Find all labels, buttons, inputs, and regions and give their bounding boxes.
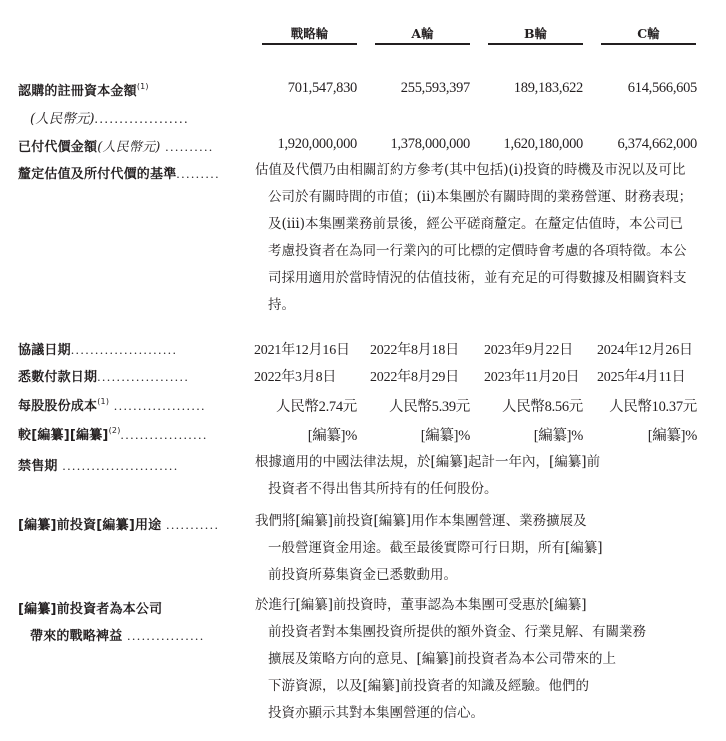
text-line: 持。 [255, 292, 700, 319]
text-line: 一般營運資金用途。截至最後實際可行日期，所有[編纂] [255, 535, 700, 562]
leader-dots: ........................ [62, 458, 178, 473]
row-label-discount: 較[編纂][編纂](2).................. [18, 424, 208, 443]
cell-registered-capital-c: 614,566,605 [587, 80, 697, 97]
text-line: 投資者不得出售其所持有的任何股份。 [255, 476, 700, 503]
label-text: 協議日期 [18, 343, 71, 358]
header-underline [262, 43, 357, 45]
cell-discount-b: [編纂]% [473, 424, 583, 445]
cell-cost-strategic: 人民幣2.74元 [247, 395, 357, 416]
row-label-lockup-period: 禁售期 ........................ [18, 455, 179, 474]
row-label-agreement-date: 協議日期...................... [18, 339, 178, 358]
label-text: 悉數付款日期 [18, 370, 97, 385]
text-line: 司採用適用於當時情況的估值技術，並有充足的可得數據及相關資料支 [255, 265, 700, 292]
leader-dots: ...................... [71, 342, 178, 357]
column-header-round-b: B輪 [488, 24, 583, 42]
leader-dots: ................... [95, 111, 190, 126]
text-line: 前投資所募集資金已悉數動用。 [255, 562, 700, 589]
cell-payment-date-a: 2022年8月29日 [370, 366, 459, 386]
row-sublabel-currency: (人民幣元)................... [30, 107, 189, 127]
cell-cost-b: 人民幣8.56元 [473, 395, 583, 416]
cell-discount-a: [編纂]% [360, 424, 470, 445]
label-text: 每股股份成本 [18, 399, 97, 414]
label-text: 釐定估值及所付代價的基準 [18, 167, 176, 182]
leader-dots: ................... [114, 398, 206, 413]
cell-payment-date-strategic: 2022年3月8日 [254, 366, 336, 386]
row-label-cost-per-share: 每股股份成本(1) ................... [18, 395, 206, 414]
cell-consideration-a: 1,378,000,000 [360, 136, 470, 153]
row-label-strategic-benefits: [編纂]前投資者為本公司 [18, 598, 162, 617]
row-label-consideration-paid: 已付代價金額(人民幣元) .......... [18, 136, 214, 155]
valuation-basis-text: 估值及代價乃由相關訂約方參考(其中包括)(i)投資的時機及市況以及可比 公司於有… [255, 157, 700, 319]
cell-payment-date-b: 2023年11月20日 [484, 366, 579, 386]
cell-registered-capital-b: 189,183,622 [473, 80, 583, 97]
text-line: 擴展及策略方向的意見、[編纂]前投資者為本公司帶來的上 [255, 646, 700, 673]
text-line: 根據適用的中國法律法規，於[編纂]起計一年內，[編纂]前 [255, 449, 700, 476]
lockup-text: 根據適用的中國法律法規，於[編纂]起計一年內，[編纂]前 投資者不得出售其所持有… [255, 449, 700, 503]
column-header-strategic-round: 戰略輪 [262, 24, 357, 42]
leader-dots: ................... [97, 369, 189, 384]
cell-agreement-date-b: 2023年9月22日 [484, 339, 573, 359]
cell-payment-date-c: 2025年4月11日 [597, 366, 685, 386]
cell-cost-c: 人民幣10.37元 [587, 395, 697, 416]
header-underline [375, 43, 470, 45]
label-text: 已付代價金額 [18, 140, 97, 155]
text-line: 下游資源，以及[編纂]前投資者的知識及經驗。他們的 [255, 673, 700, 700]
cell-consideration-strategic: 1,920,000,000 [247, 136, 357, 153]
leader-dots: ................ [127, 628, 205, 643]
currency-unit: (人民幣元) [30, 111, 95, 127]
label-text: [編纂]前投資[編纂]用途 [18, 518, 161, 533]
row-label-strategic-benefits-cont: 帶來的戰略裨益 ................ [30, 625, 205, 644]
cell-cost-a: 人民幣5.39元 [360, 395, 470, 416]
label-text: 帶來的戰略裨益 [30, 629, 122, 644]
row-label-use-of-proceeds: [編纂]前投資[編纂]用途 ........... [18, 514, 219, 533]
label-text: 禁售期 [18, 459, 58, 474]
label-text: 認購的註冊資本金額 [18, 84, 137, 99]
cell-discount-strategic: [編纂]% [247, 424, 357, 445]
currency-unit: (人民幣元) [97, 140, 160, 155]
footnote-marker: (1) [97, 397, 109, 406]
cell-consideration-c: 6,374,662,000 [587, 136, 697, 153]
row-label-valuation-basis: 釐定估值及所付代價的基準......... [18, 163, 220, 182]
text-line: 公司於有關時間的市值；(ii)本集團於有關時間的業務營運、財務表現； [255, 184, 700, 211]
text-line: 及(iii)本集團業務前景後，經公平磋商釐定。在釐定估值時，本公司已 [255, 211, 700, 238]
cell-agreement-date-a: 2022年8月18日 [370, 339, 459, 359]
row-label-full-payment-date: 悉數付款日期................... [18, 366, 189, 385]
leader-dots: .................. [121, 427, 208, 442]
text-line: 估值及代價乃由相關訂約方參考(其中包括)(i)投資的時機及市況以及可比 [255, 157, 700, 184]
text-line: 考慮投資者在為同一行業內的可比標的定價時會考慮的各項特徵。本公 [255, 238, 700, 265]
cell-registered-capital-a: 255,593,397 [360, 80, 470, 97]
leader-dots: .......... [165, 139, 214, 154]
cell-consideration-b: 1,620,180,000 [473, 136, 583, 153]
cell-agreement-date-strategic: 2021年12月16日 [254, 339, 350, 359]
column-header-round-a: A輪 [375, 24, 470, 42]
cell-discount-c: [編纂]% [587, 424, 697, 445]
header-underline [488, 43, 583, 45]
text-line: 投資亦顯示其對本集團營運的信心。 [255, 700, 700, 727]
text-line: 於進行[編纂]前投資時，董事認為本集團可受惠於[編纂] [255, 592, 700, 619]
label-text: 較[編纂][編纂] [18, 428, 109, 443]
leader-dots: ......... [176, 166, 220, 181]
column-header-round-c: C輪 [601, 24, 696, 42]
text-line: 我們將[編纂]前投資[編纂]用作本集團營運、業務擴展及 [255, 508, 700, 535]
row-label-registered-capital: 認購的註冊資本金額(1) [18, 80, 149, 99]
text-line: 前投資者對本集團投資所提供的額外資金、行業見解、有關業務 [255, 619, 700, 646]
footnote-marker: (1) [137, 82, 149, 91]
cell-agreement-date-c: 2024年12月26日 [597, 339, 693, 359]
header-underline [601, 43, 696, 45]
footnote-marker: (2) [109, 426, 121, 435]
use-of-proceeds-text: 我們將[編纂]前投資[編纂]用作本集團營運、業務擴展及 一般營運資金用途。截至最… [255, 508, 700, 589]
cell-registered-capital-strategic: 701,547,830 [247, 80, 357, 97]
leader-dots: ........... [166, 517, 219, 532]
strategic-benefits-text: 於進行[編纂]前投資時，董事認為本集團可受惠於[編纂] 前投資者對本集團投資所提… [255, 592, 700, 727]
